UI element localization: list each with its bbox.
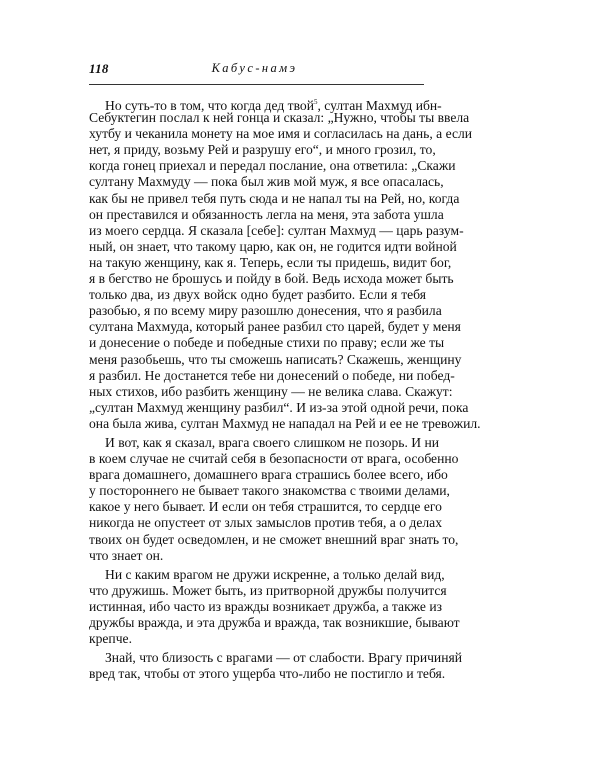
text-line: какое у него бывает. И если он тебя стра…: [89, 499, 426, 515]
running-title: Кабус-намэ: [89, 61, 420, 76]
text-line: когда гонец приехал и передал послание, …: [89, 158, 426, 174]
text-line: только два, из двух войск одно будет раз…: [89, 287, 426, 303]
text-line: дружбы вражда, и эта дружба и вражда, та…: [89, 615, 426, 631]
text-line: врага домашнего, домашнего врага страшис…: [89, 467, 426, 483]
page-header: 118 Кабус-намэ: [89, 61, 420, 81]
text-line: султану Махмуду — пока был жив мой муж, …: [89, 174, 426, 190]
text-line: „султан Махмуд женщину разбил“. И из-за …: [89, 400, 426, 416]
paragraph: И вот, как я сказал, врага своего слишко…: [89, 435, 426, 564]
text-line: на такую женщину, как я. Теперь, если ты…: [89, 255, 426, 271]
text-line: ных стихов, ибо разбить женщину — не вел…: [89, 384, 426, 400]
text-line: она была жива, султан Махмуд не нападал …: [89, 416, 426, 432]
text-line: нет, я приду, возьму Рей и разрушу его“,…: [89, 142, 426, 158]
text-line: никогда не опустеет от злых замыслов про…: [89, 515, 426, 531]
text-line: вред так, чтобы от этого ущерба что-либо…: [89, 666, 426, 682]
footnote-marker: 5: [314, 98, 318, 106]
header-rule: [89, 84, 424, 85]
text-line: ный, он знает, что такому царю, как он, …: [89, 239, 426, 255]
text-line: И вот, как я сказал, врага своего слишко…: [89, 435, 426, 451]
text-line: твоих он будет осведомлен, и не сможет в…: [89, 532, 426, 548]
text-line: у постороннего не бывает такого знакомст…: [89, 483, 426, 499]
text-line: Знай, что близость с врагами — от слабос…: [89, 650, 426, 666]
text-line: из моего сердца. Я сказала [себе]: султа…: [89, 223, 426, 239]
text-line: разобью, я по всему миру разошлю донесен…: [89, 303, 426, 319]
text-line: истинная, ибо часто из вражды возникает …: [89, 599, 426, 615]
text-line: крепче.: [89, 631, 426, 647]
text-line: я в бегство не брошусь и пойду в бой. Ве…: [89, 271, 426, 287]
text-line: как бы не привел тебя путь сюда и не нап…: [89, 191, 426, 207]
text-line: Но суть-то в том, что когда дед твой5, с…: [89, 94, 426, 110]
text-line: что знает он.: [89, 548, 426, 564]
text-line: меня разобьешь, что ты сможешь написать?…: [89, 352, 426, 368]
text-line: султана Махмуда, который ранее разбил ст…: [89, 319, 426, 335]
text-line: в коем случае не считай себя в безопасно…: [89, 451, 426, 467]
text-line: и донесение о победе и победные стихи по…: [89, 335, 426, 351]
text-line: Ни с каким врагом не дружи искренне, а т…: [89, 567, 426, 583]
paragraph: Но суть-то в том, что когда дед твой5, с…: [89, 94, 426, 432]
text-line: хутбу и чеканила монету на мое имя и сог…: [89, 126, 426, 142]
text-line: Себуктегин послал к ней гонца и сказал: …: [89, 110, 426, 126]
paragraph: Знай, что близость с врагами — от слабос…: [89, 650, 426, 682]
paragraph: Ни с каким врагом не дружи искренне, а т…: [89, 567, 426, 647]
body-text: Но суть-то в том, что когда дед твой5, с…: [89, 94, 426, 682]
text-line: что дружишь. Может быть, из притворной д…: [89, 583, 426, 599]
text-line: он преставился и обязанность легла на ме…: [89, 207, 426, 223]
text-line: я разбил. Не достанется тебе ни донесени…: [89, 368, 426, 384]
